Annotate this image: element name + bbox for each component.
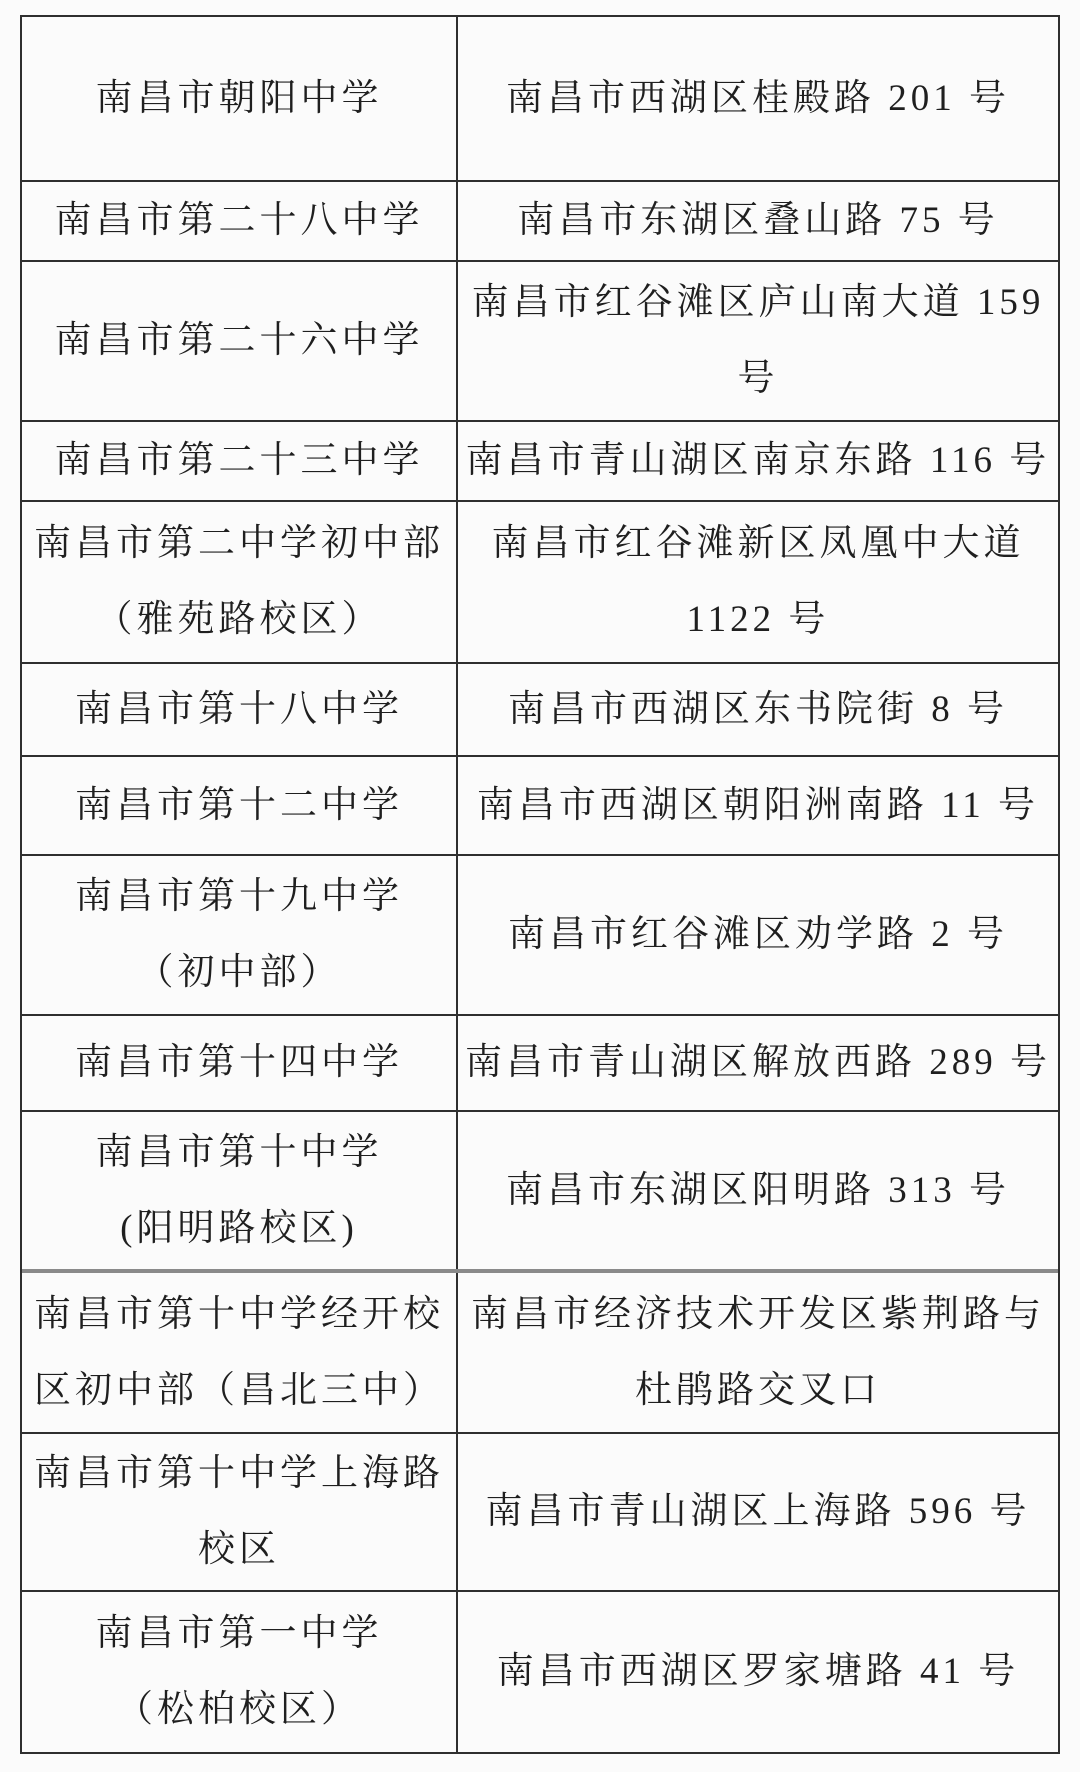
address-line2: 号 xyxy=(738,341,779,417)
school-name-cell: 南昌市第十中学上海路 校区 xyxy=(22,1434,458,1590)
table-row: 南昌市第十中学 (阳明路校区) 南昌市东湖区阳明路 313 号 xyxy=(22,1110,1058,1269)
address: 南昌市经济技术开发区紫荆路与 xyxy=(471,1277,1045,1353)
table-row: 南昌市第一中学 （松柏校区） 南昌市西湖区罗家塘路 41 号 xyxy=(22,1590,1058,1752)
table-row: 南昌市第十九中学 （初中部） 南昌市红谷滩区劝学路 2 号 xyxy=(22,854,1058,1014)
table-row: 南昌市第十八中学 南昌市西湖区东书院街 8 号 xyxy=(22,662,1058,755)
table-row: 南昌市第二十八中学 南昌市东湖区叠山路 75 号 xyxy=(22,180,1058,260)
address-cell: 南昌市西湖区东书院街 8 号 xyxy=(458,664,1058,755)
school-name: 南昌市第十中学上海路 xyxy=(34,1436,444,1512)
address-cell: 南昌市青山湖区解放西路 289 号 xyxy=(458,1016,1058,1110)
table-row: 南昌市第十四中学 南昌市青山湖区解放西路 289 号 xyxy=(22,1014,1058,1110)
school-name-cell: 南昌市第十中学经开校 区初中部（昌北三中） xyxy=(22,1273,458,1432)
school-name: 南昌市第一中学 xyxy=(96,1596,383,1672)
address: 南昌市青山湖区南京东路 116 号 xyxy=(466,423,1051,499)
address: 南昌市红谷滩新区凤凰中大道 xyxy=(492,506,1025,582)
address-cell: 南昌市红谷滩新区凤凰中大道 1122 号 xyxy=(458,502,1058,662)
address: 南昌市西湖区罗家塘路 41 号 xyxy=(497,1634,1020,1710)
school-name: 南昌市第二十八中学 xyxy=(55,183,424,259)
school-name-cell: 南昌市第十九中学 （初中部） xyxy=(22,856,458,1014)
address-cell: 南昌市红谷滩区劝学路 2 号 xyxy=(458,856,1058,1014)
address: 南昌市青山湖区上海路 596 号 xyxy=(486,1474,1031,1550)
school-name-cell: 南昌市第二十三中学 xyxy=(22,422,458,500)
address-cell: 南昌市东湖区叠山路 75 号 xyxy=(458,182,1058,260)
address: 南昌市青山湖区解放西路 289 号 xyxy=(465,1025,1051,1101)
address-cell: 南昌市红谷滩区庐山南大道 159 号 xyxy=(458,262,1058,420)
school-name-line2: 区初中部（昌北三中） xyxy=(34,1353,444,1429)
address-cell: 南昌市青山湖区上海路 596 号 xyxy=(458,1434,1058,1590)
school-name: 南昌市第十中学经开校 xyxy=(34,1277,444,1353)
school-name-cell: 南昌市第十四中学 xyxy=(22,1016,458,1110)
school-name-line2: （雅苑路校区） xyxy=(96,582,383,658)
address: 南昌市红谷滩区劝学路 2 号 xyxy=(508,897,1008,973)
table-row: 南昌市第二十六中学 南昌市红谷滩区庐山南大道 159 号 xyxy=(22,260,1058,420)
address: 南昌市红谷滩区庐山南大道 159 xyxy=(472,265,1045,341)
address-line2: 1122 号 xyxy=(687,582,830,658)
school-name-line2: （松柏校区） xyxy=(116,1672,362,1748)
table-row: 南昌市第二中学初中部 （雅苑路校区） 南昌市红谷滩新区凤凰中大道 1122 号 xyxy=(22,500,1058,662)
address-cell: 南昌市经济技术开发区紫荆路与 杜鹃路交叉口 xyxy=(458,1273,1058,1432)
table-row: 南昌市第十二中学 南昌市西湖区朝阳洲南路 11 号 xyxy=(22,755,1058,854)
school-name-cell: 南昌市第二十六中学 xyxy=(22,262,458,420)
school-name: 南昌市第二十三中学 xyxy=(55,423,424,499)
school-name: 南昌市第十八中学 xyxy=(75,672,403,748)
school-address-table: 南昌市朝阳中学 南昌市西湖区桂殿路 201 号 南昌市第二十八中学 南昌市东湖区… xyxy=(20,15,1060,1754)
address: 南昌市西湖区朝阳洲南路 11 号 xyxy=(477,768,1039,844)
address: 南昌市西湖区东书院街 8 号 xyxy=(508,672,1008,748)
address: 南昌市西湖区桂殿路 201 号 xyxy=(506,61,1010,137)
school-name-cell: 南昌市第一中学 （松柏校区） xyxy=(22,1592,458,1752)
table-row: 南昌市第二十三中学 南昌市青山湖区南京东路 116 号 xyxy=(22,420,1058,500)
school-name: 南昌市第十二中学 xyxy=(75,768,403,844)
school-name-cell: 南昌市第十八中学 xyxy=(22,664,458,755)
school-name: 南昌市第二中学初中部 xyxy=(34,506,444,582)
address-cell: 南昌市西湖区罗家塘路 41 号 xyxy=(458,1592,1058,1752)
table-row: 南昌市第十中学经开校 区初中部（昌北三中） 南昌市经济技术开发区紫荆路与 杜鹃路… xyxy=(22,1269,1058,1432)
school-name-line2: (阳明路校区) xyxy=(120,1191,358,1267)
table-row: 南昌市第十中学上海路 校区 南昌市青山湖区上海路 596 号 xyxy=(22,1432,1058,1590)
school-name-line2: （初中部） xyxy=(137,935,342,1011)
school-name: 南昌市第十四中学 xyxy=(75,1025,403,1101)
school-name-cell: 南昌市第十中学 (阳明路校区) xyxy=(22,1112,458,1269)
school-name-cell: 南昌市第二中学初中部 （雅苑路校区） xyxy=(22,502,458,662)
school-name: 南昌市第十九中学 xyxy=(75,859,403,935)
address-cell: 南昌市青山湖区南京东路 116 号 xyxy=(458,422,1058,500)
school-name-cell: 南昌市朝阳中学 xyxy=(22,17,458,180)
table-row: 南昌市朝阳中学 南昌市西湖区桂殿路 201 号 xyxy=(22,17,1058,180)
school-name: 南昌市第二十六中学 xyxy=(55,303,424,379)
address-cell: 南昌市东湖区阳明路 313 号 xyxy=(458,1112,1058,1269)
address: 南昌市东湖区叠山路 75 号 xyxy=(517,183,999,259)
school-name: 南昌市朝阳中学 xyxy=(96,61,383,137)
address-cell: 南昌市西湖区朝阳洲南路 11 号 xyxy=(458,757,1058,854)
address-cell: 南昌市西湖区桂殿路 201 号 xyxy=(458,17,1058,180)
address-line2: 杜鹃路交叉口 xyxy=(635,1353,881,1429)
address: 南昌市东湖区阳明路 313 号 xyxy=(506,1153,1010,1229)
school-name-cell: 南昌市第二十八中学 xyxy=(22,182,458,260)
school-name-line2: 校区 xyxy=(198,1512,280,1588)
school-name-cell: 南昌市第十二中学 xyxy=(22,757,458,854)
school-name: 南昌市第十中学 xyxy=(96,1115,383,1191)
